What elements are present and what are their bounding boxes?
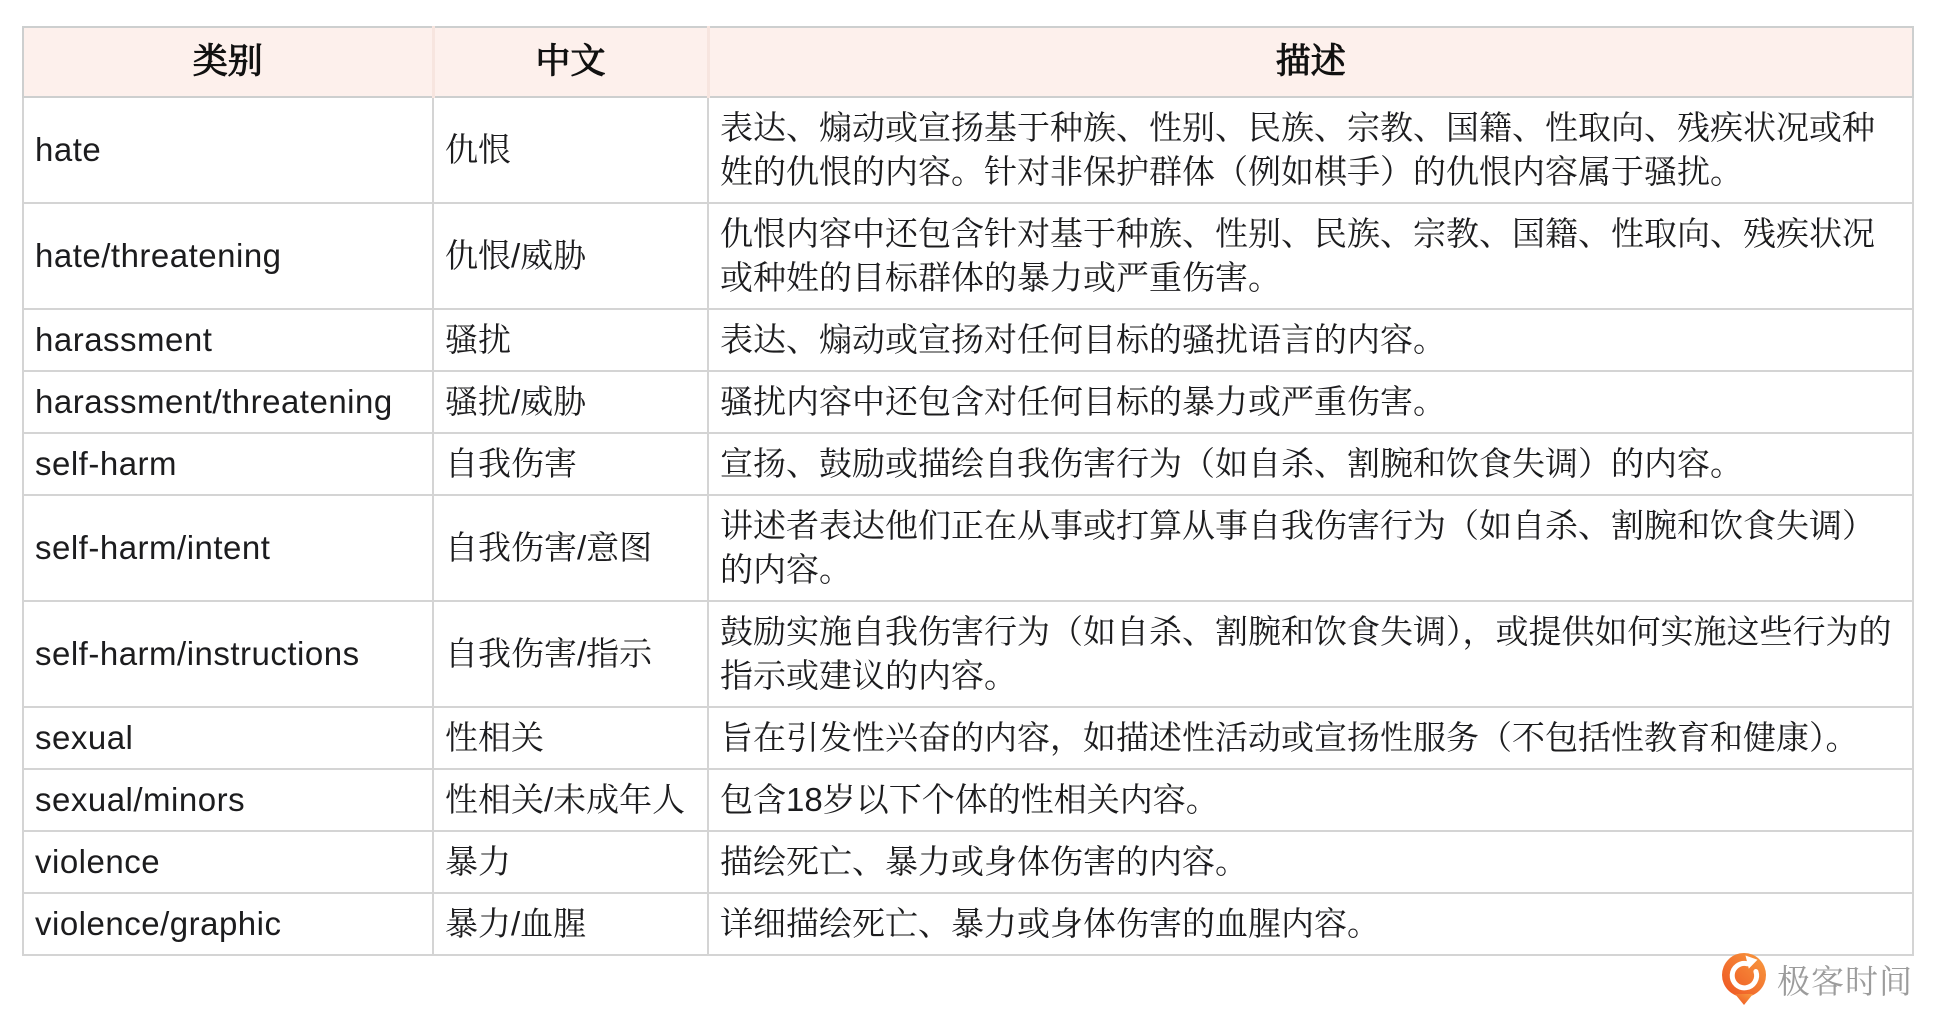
category-cell: sexual [23, 707, 433, 769]
category-cell: self-harm [23, 433, 433, 495]
table-row: hate 仇恨 表达、煽动或宣扬基于种族、性别、民族、宗教、国籍、性取向、残疾状… [23, 97, 1913, 203]
category-cell: harassment/threatening [23, 371, 433, 433]
chinese-cell: 暴力 [433, 831, 708, 893]
table-row: hate/threatening 仇恨/威胁 仇恨内容中还包含针对基于种族、性别… [23, 203, 1913, 309]
table-body: hate 仇恨 表达、煽动或宣扬基于种族、性别、民族、宗教、国籍、性取向、残疾状… [23, 97, 1913, 955]
table-row: violence 暴力 描绘死亡、暴力或身体伤害的内容。 [23, 831, 1913, 893]
chinese-cell: 骚扰 [433, 309, 708, 371]
header-category: 类别 [23, 27, 433, 97]
description-cell: 旨在引发性兴奋的内容，如描述性活动或宣扬性服务（不包括性教育和健康）。 [708, 707, 1913, 769]
description-cell: 鼓励实施自我伤害行为（如自杀、割腕和饮食失调），或提供如何实施这些行为的指示或建… [708, 601, 1913, 707]
table-row: self-harm/intent 自我伤害/意图 讲述者表达他们正在从事或打算从… [23, 495, 1913, 601]
chinese-cell: 性相关/未成年人 [433, 769, 708, 831]
category-cell: self-harm/instructions [23, 601, 433, 707]
watermark-logo: 极客时间 [1720, 952, 1913, 1006]
chinese-cell: 暴力/血腥 [433, 893, 708, 955]
geektime-pin-icon [1720, 952, 1768, 1006]
header-description: 描述 [708, 27, 1913, 97]
table-row: harassment 骚扰 表达、煽动或宣扬对任何目标的骚扰语言的内容。 [23, 309, 1913, 371]
table-header: 类别 中文 描述 [23, 27, 1913, 97]
description-cell: 表达、煽动或宣扬基于种族、性别、民族、宗教、国籍、性取向、残疾状况或种姓的仇恨的… [708, 97, 1913, 203]
description-cell: 包含18岁以下个体的性相关内容。 [708, 769, 1913, 831]
description-cell: 描绘死亡、暴力或身体伤害的内容。 [708, 831, 1913, 893]
table-header-row: 类别 中文 描述 [23, 27, 1913, 97]
table-row: self-harm 自我伤害 宣扬、鼓励或描绘自我伤害行为（如自杀、割腕和饮食失… [23, 433, 1913, 495]
chinese-cell: 骚扰/威胁 [433, 371, 708, 433]
description-cell: 骚扰内容中还包含对任何目标的暴力或严重伤害。 [708, 371, 1913, 433]
description-cell: 宣扬、鼓励或描绘自我伤害行为（如自杀、割腕和饮食失调）的内容。 [708, 433, 1913, 495]
category-cell: self-harm/intent [23, 495, 433, 601]
logo-text: 极客时间 [1777, 956, 1913, 1003]
category-cell: violence/graphic [23, 893, 433, 955]
description-cell: 详细描绘死亡、暴力或身体伤害的血腥内容。 [708, 893, 1913, 955]
description-cell: 表达、煽动或宣扬对任何目标的骚扰语言的内容。 [708, 309, 1913, 371]
header-chinese: 中文 [433, 27, 708, 97]
chinese-cell: 自我伤害 [433, 433, 708, 495]
table-row: sexual/minors 性相关/未成年人 包含18岁以下个体的性相关内容。 [23, 769, 1913, 831]
chinese-cell: 自我伤害/指示 [433, 601, 708, 707]
table-row: harassment/threatening 骚扰/威胁 骚扰内容中还包含对任何… [23, 371, 1913, 433]
description-cell: 讲述者表达他们正在从事或打算从事自我伤害行为（如自杀、割腕和饮食失调）的内容。 [708, 495, 1913, 601]
table-row: self-harm/instructions 自我伤害/指示 鼓励实施自我伤害行… [23, 601, 1913, 707]
chinese-cell: 仇恨 [433, 97, 708, 203]
chinese-cell: 性相关 [433, 707, 708, 769]
category-cell: harassment [23, 309, 433, 371]
moderation-categories-table: 类别 中文 描述 hate 仇恨 表达、煽动或宣扬基于种族、性别、民族、宗教、国… [22, 26, 1914, 956]
description-cell: 仇恨内容中还包含针对基于种族、性别、民族、宗教、国籍、性取向、残疾状况或种姓的目… [708, 203, 1913, 309]
table-row: violence/graphic 暴力/血腥 详细描绘死亡、暴力或身体伤害的血腥… [23, 893, 1913, 955]
category-cell: hate/threatening [23, 203, 433, 309]
category-cell: violence [23, 831, 433, 893]
table-row: sexual 性相关 旨在引发性兴奋的内容，如描述性活动或宣扬性服务（不包括性教… [23, 707, 1913, 769]
chinese-cell: 自我伤害/意图 [433, 495, 708, 601]
category-cell: hate [23, 97, 433, 203]
category-cell: sexual/minors [23, 769, 433, 831]
chinese-cell: 仇恨/威胁 [433, 203, 708, 309]
